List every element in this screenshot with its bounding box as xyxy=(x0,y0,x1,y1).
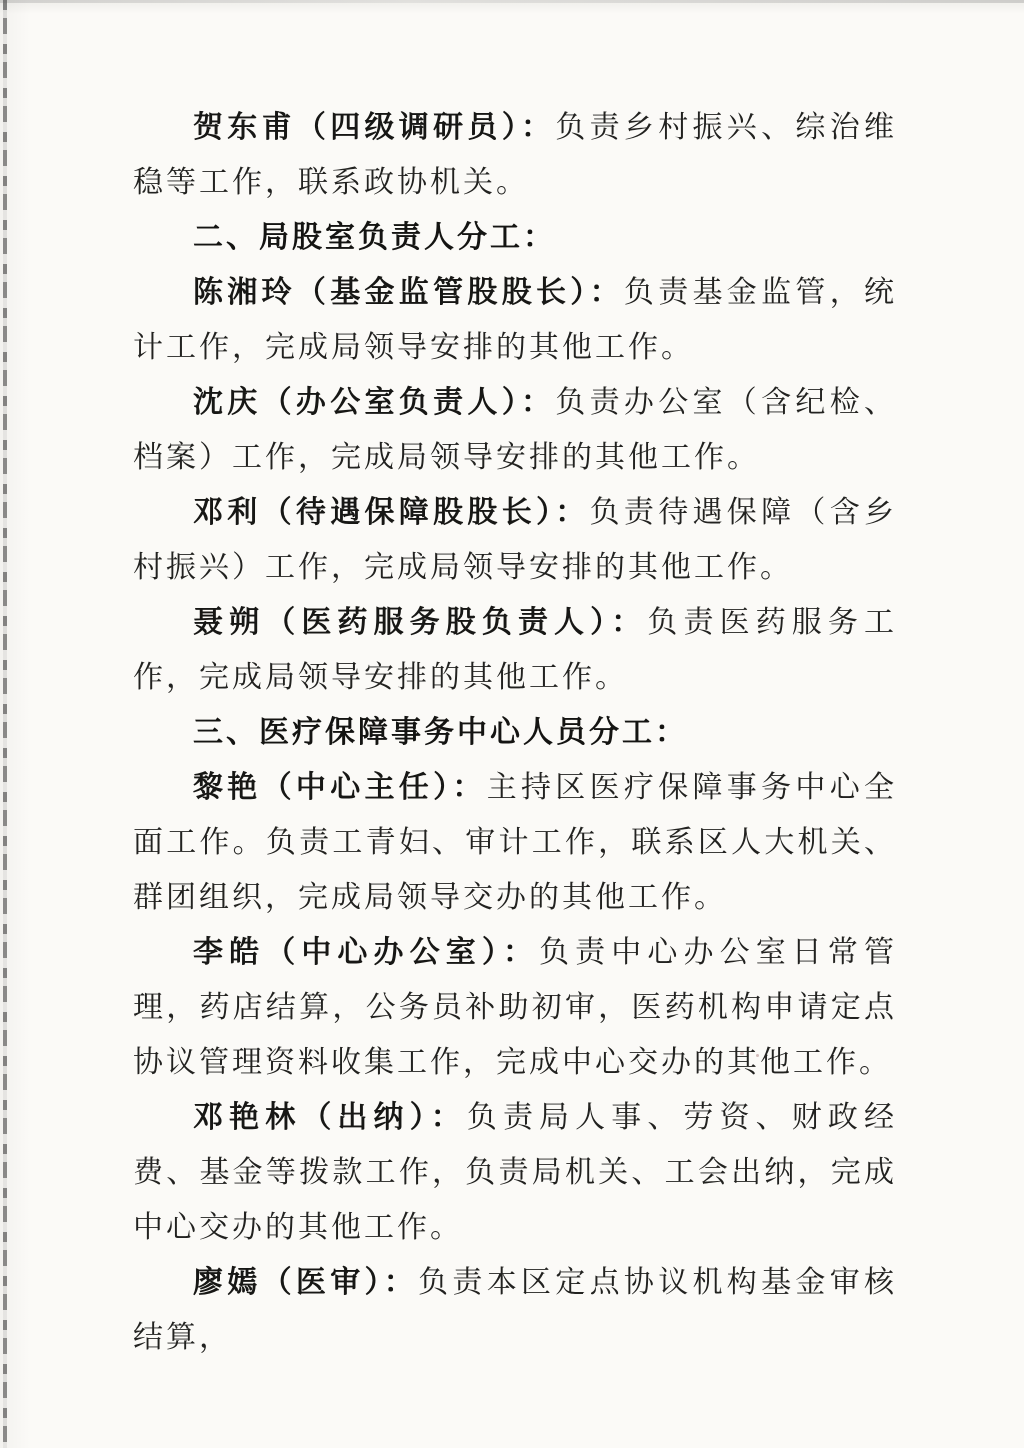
para-chen-xiangling: 陈湘玲（基金监管股股长）：负责基金监管，统计工作，完成局领导安排的其他工作。 xyxy=(133,265,897,375)
para-liao-yan: 廖嫣（医审）：负责本区定点协议机构基金审核结算， xyxy=(133,1255,897,1365)
para-nie-shuo: 聂朔（医药服务股负责人）：负责医药服务工作，完成局领导安排的其他工作。 xyxy=(133,595,897,705)
person-name-title: 廖嫣（医审）： xyxy=(193,1266,418,1299)
person-name-title: 聂朔（医药服务股负责人）： xyxy=(193,606,647,639)
section-heading-3: 三、医疗保障事务中心人员分工： xyxy=(133,705,897,760)
para-shen-qing: 沈庆（办公室负责人）：负责办公室（含纪检、档案）工作，完成局领导安排的其他工作。 xyxy=(133,375,897,485)
person-name-title: 邓艳林（出纳）： xyxy=(193,1101,467,1134)
person-name-title: 邓利（待遇保障股股长）： xyxy=(193,496,590,529)
person-name-title: 李皓（中心办公室）： xyxy=(193,936,539,969)
para-li-hao: 李皓（中心办公室）：负责中心办公室日常管理，药店结算，公务员补助初审，医药机构申… xyxy=(133,925,897,1090)
document-body: 贺东甫（四级调研员）：负责乡村振兴、综治维稳等工作，联系政协机关。 二、局股室负… xyxy=(133,100,897,1365)
person-name-title: 黎艳（中心主任）： xyxy=(193,771,487,804)
para-li-yan: 黎艳（中心主任）：主持区医疗保障事务中心全面工作。负责工青妇、审计工作，联系区人… xyxy=(133,760,897,925)
person-name-title: 陈湘玲（基金监管股股长）： xyxy=(193,276,624,309)
section-heading-2: 二、局股室负责人分工： xyxy=(133,210,897,265)
person-name-title: 沈庆（办公室负责人）： xyxy=(193,386,555,419)
para-deng-li: 邓利（待遇保障股股长）：负责待遇保障（含乡村振兴）工作，完成局领导安排的其他工作… xyxy=(133,485,897,595)
para-deng-yanlin: 邓艳林（出纳）：负责局人事、劳资、财政经费、基金等拨款工作，负责局机关、工会出纳… xyxy=(133,1090,897,1255)
scan-edge-artifact-left xyxy=(3,0,7,1448)
person-name-title: 贺东甫（四级调研员）： xyxy=(193,111,555,144)
para-he-dongfu: 贺东甫（四级调研员）：负责乡村振兴、综治维稳等工作，联系政协机关。 xyxy=(133,100,897,210)
scan-edge-artifact-top xyxy=(0,0,1024,3)
